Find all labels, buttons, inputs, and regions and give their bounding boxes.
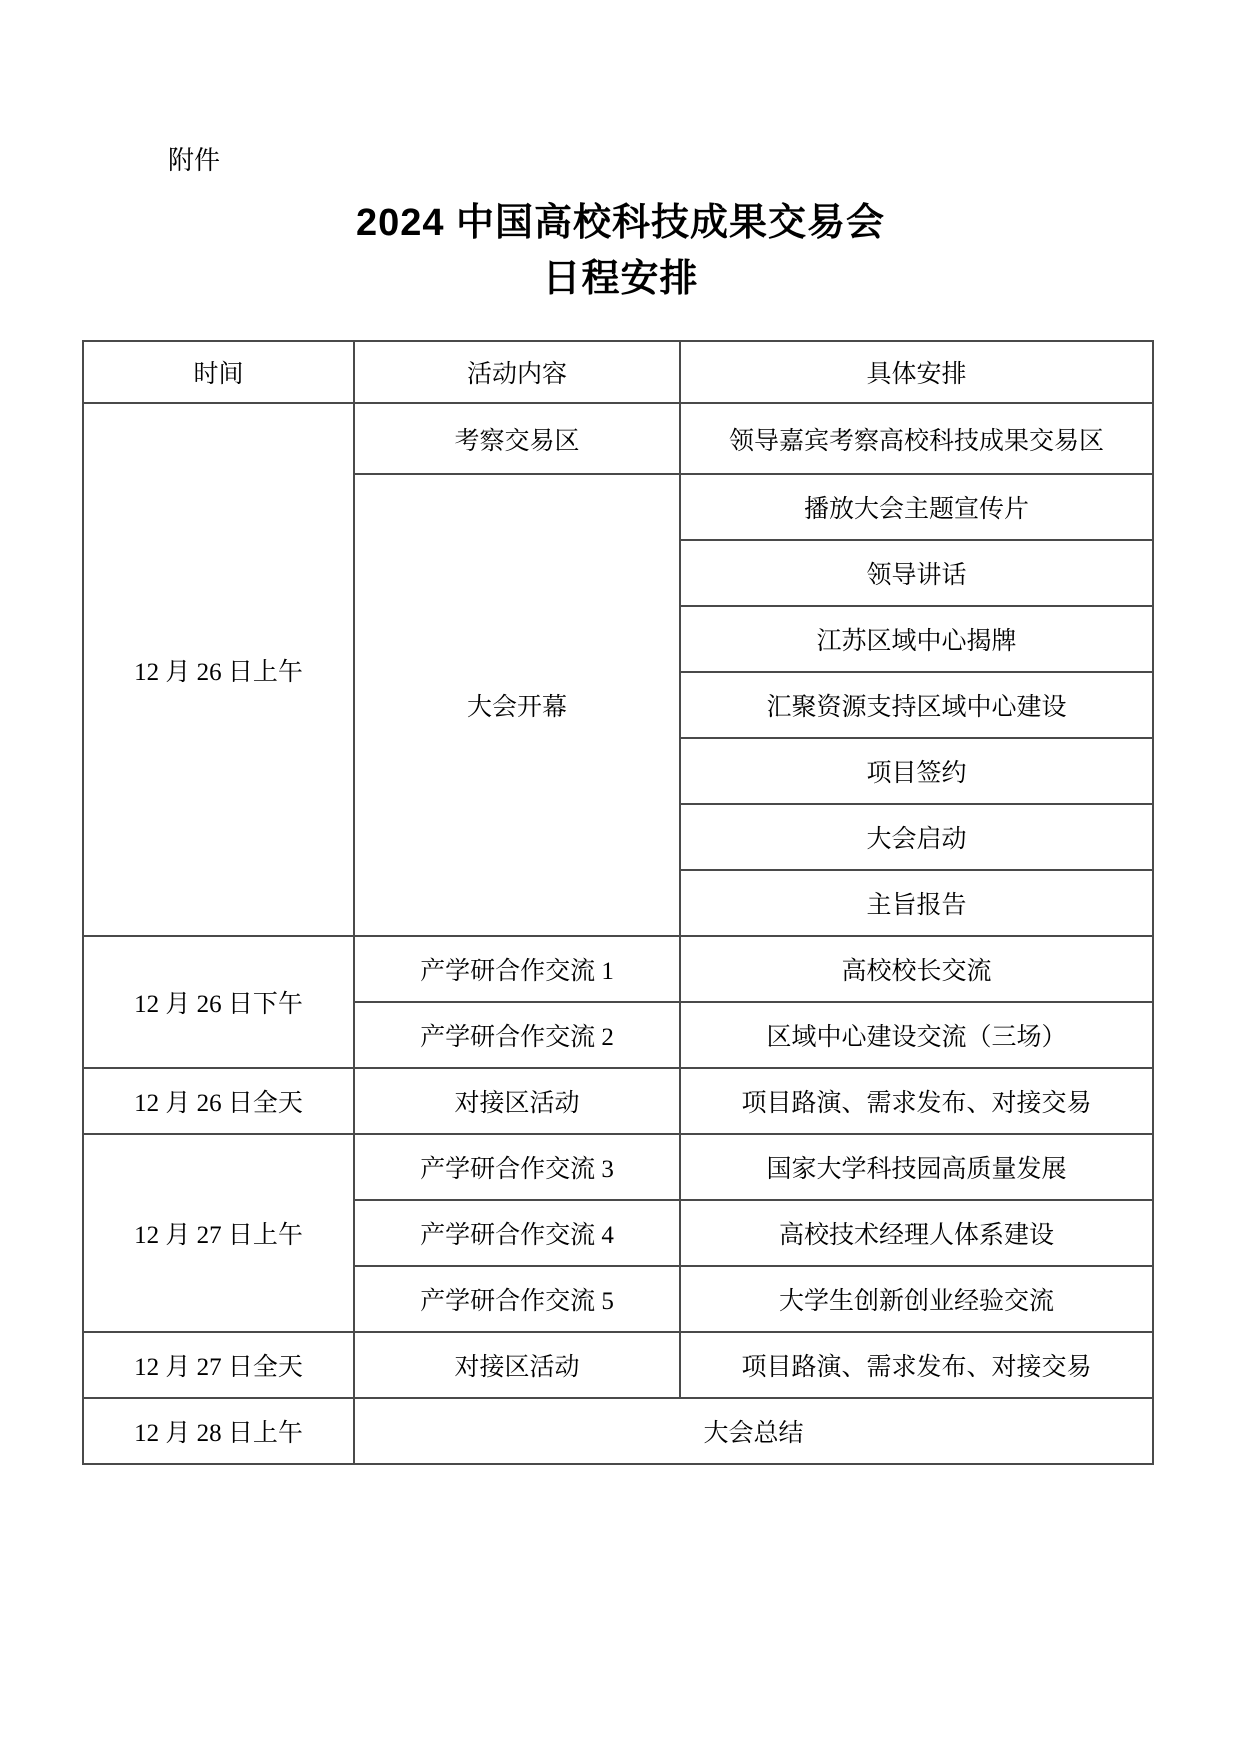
detail-cell: 高校技术经理人体系建设 <box>680 1200 1153 1266</box>
detail-text-fallback-glyph: 布 <box>941 1354 966 1381</box>
time-cell: 12 月 26 日下午 <box>83 936 354 1068</box>
table-row: 12 月 26 日上午 考察交易区 领导嘉宾考察高校科技成果交易区 <box>83 403 1153 474</box>
activity-cell: 对接区活动 <box>354 1068 680 1134</box>
header-cell-time: 时间 <box>83 341 354 403</box>
activity-cell: 对接区活动 <box>354 1332 680 1398</box>
detail-cell: 区域中心建设交流（三场） <box>680 1002 1153 1068</box>
detail-cell: 播放大会主题宣传片 <box>680 474 1153 540</box>
activity-cell: 产学研合作交流 3 <box>354 1134 680 1200</box>
detail-cell: 项目签约 <box>680 738 1153 804</box>
detail-text: 项目路演、需求发 <box>741 1090 941 1117</box>
activity-cell: 产学研合作交流 2 <box>354 1002 680 1068</box>
doc-title-block: 2024 中国高校科技成果交易会 日程安排 <box>0 195 1241 307</box>
document-page: 附件 2024 中国高校科技成果交易会 日程安排 时间 活动内容 具体安排 12… <box>0 0 1241 1755</box>
time-cell: 12 月 26 日全天 <box>83 1068 354 1134</box>
detail-text-fallback-glyph: 布 <box>941 1090 966 1117</box>
activity-cell: 产学研合作交流 5 <box>354 1266 680 1332</box>
detail-text: 项目路演、需求发 <box>741 1354 941 1381</box>
activity-cell: 大会开幕 <box>354 474 680 936</box>
table-row: 12 月 28 日上午 大会总结 <box>83 1398 1153 1464</box>
activity-cell: 产学研合作交流 4 <box>354 1200 680 1266</box>
table-row: 12 月 26 日下午 产学研合作交流 1 高校校长交流 <box>83 936 1153 1002</box>
detail-cell: 江苏区域中心揭牌 <box>680 606 1153 672</box>
time-cell: 12 月 27 日上午 <box>83 1134 354 1332</box>
attachment-label: 附件 <box>168 143 220 177</box>
detail-cell: 大学生创新创业经验交流 <box>680 1266 1153 1332</box>
doc-subtitle: 日程安排 <box>0 251 1241 307</box>
merged-summary-cell: 大会总结 <box>354 1398 1153 1464</box>
detail-cell: 领导嘉宾考察高校科技成果交易区 <box>680 403 1153 474</box>
time-cell: 12 月 27 日全天 <box>83 1332 354 1398</box>
detail-cell: 项目路演、需求发布、对接交易 <box>680 1068 1153 1134</box>
doc-title: 2024 中国高校科技成果交易会 <box>0 195 1241 251</box>
time-cell: 12 月 26 日上午 <box>83 403 354 936</box>
detail-cell: 领导讲话 <box>680 540 1153 606</box>
detail-cell: 汇聚资源支持区域中心建设 <box>680 672 1153 738</box>
activity-cell: 产学研合作交流 1 <box>354 936 680 1002</box>
table-row: 12 月 27 日全天 对接区活动 项目路演、需求发布、对接交易 <box>83 1332 1153 1398</box>
header-cell-detail: 具体安排 <box>680 341 1153 403</box>
table-row: 12 月 27 日上午 产学研合作交流 3 国家大学科技园高质量发展 <box>83 1134 1153 1200</box>
detail-cell: 主旨报告 <box>680 870 1153 936</box>
activity-cell: 考察交易区 <box>354 403 680 474</box>
table-row: 12 月 26 日全天 对接区活动 项目路演、需求发布、对接交易 <box>83 1068 1153 1134</box>
detail-cell: 项目路演、需求发布、对接交易 <box>680 1332 1153 1398</box>
detail-text: 、对接交易 <box>967 1090 1092 1117</box>
detail-cell: 高校校长交流 <box>680 936 1153 1002</box>
table-header-row: 时间 活动内容 具体安排 <box>83 341 1153 403</box>
header-cell-activity: 活动内容 <box>354 341 680 403</box>
detail-text: 、对接交易 <box>967 1354 1092 1381</box>
schedule-table: 时间 活动内容 具体安排 12 月 26 日上午 考察交易区 领导嘉宾考察高校科… <box>82 340 1154 1465</box>
detail-cell: 大会启动 <box>680 804 1153 870</box>
time-cell: 12 月 28 日上午 <box>83 1398 354 1464</box>
detail-cell: 国家大学科技园高质量发展 <box>680 1134 1153 1200</box>
